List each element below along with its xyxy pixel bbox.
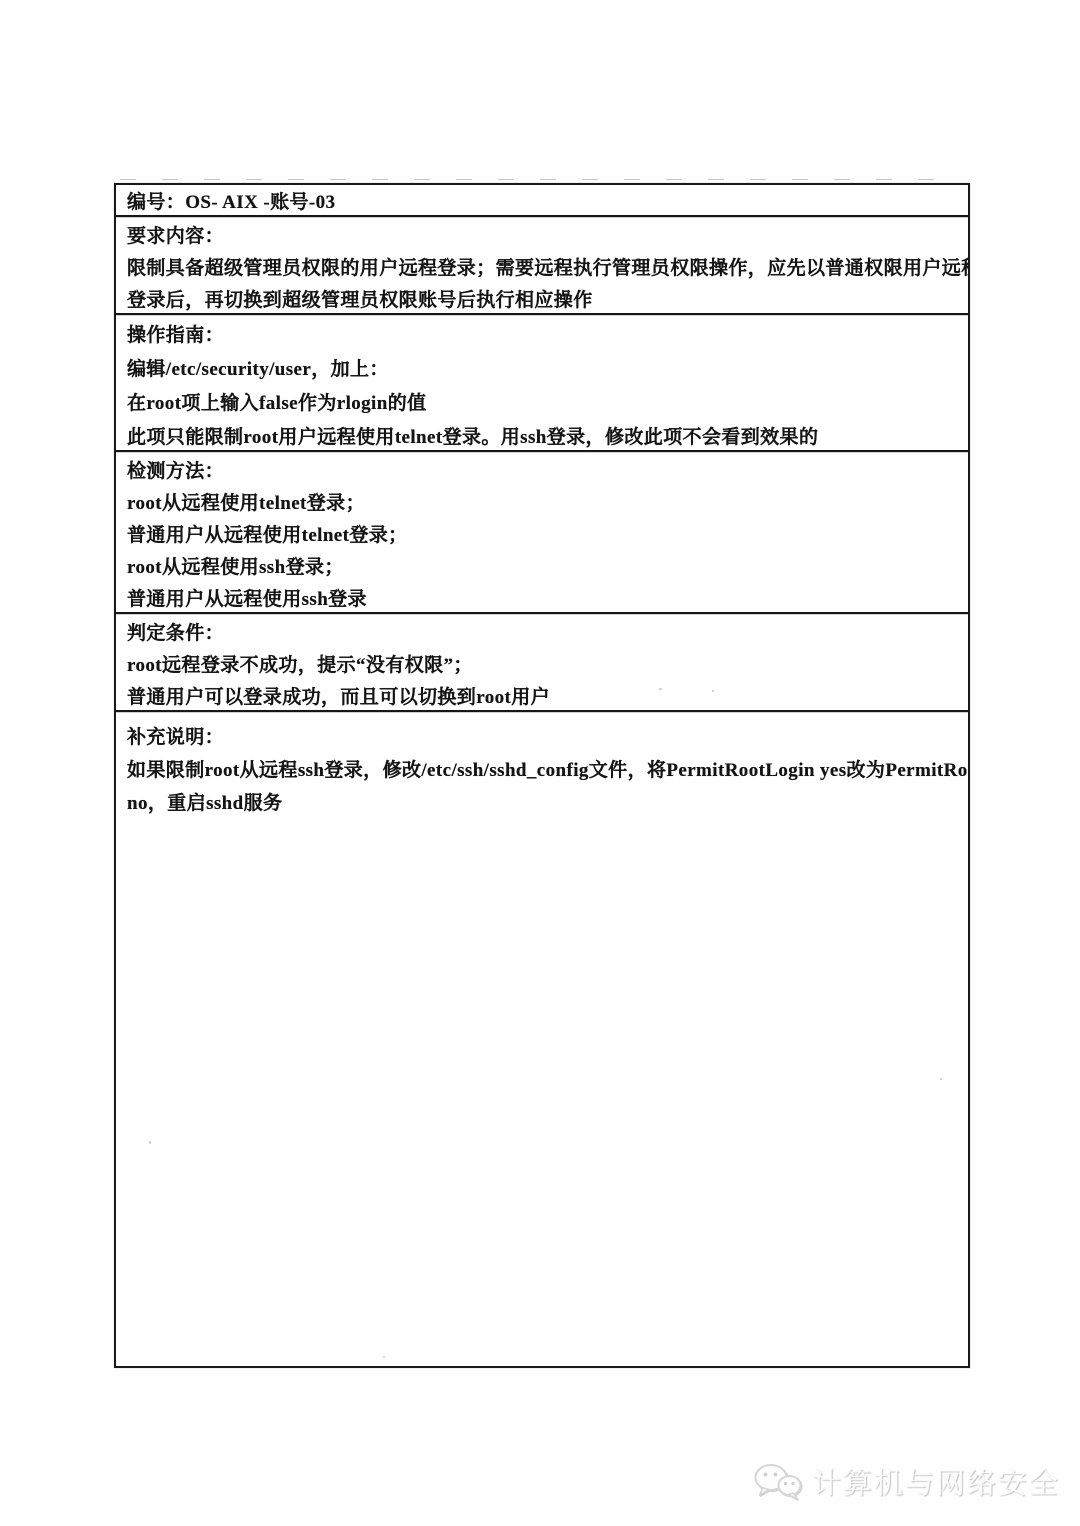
detection-method-line: 普通用户从远程使用ssh登录	[116, 581, 968, 613]
table-row-requirement: 要求内容： 限制具备超级管理员权限的用户远程登录；需要远程执行管理员权限操作，应…	[116, 217, 968, 315]
judgment-condition-title: 判定条件：	[116, 615, 968, 647]
requirement-title: 要求内容：	[116, 218, 968, 250]
requirement-line: 登录后，再切换到超级管理员权限账号后执行相应操作	[116, 282, 968, 314]
scan-speck	[659, 688, 662, 690]
detection-method-line: 普通用户从远程使用telnet登录；	[116, 517, 968, 549]
detection-method-line: root从远程使用ssh登录；	[116, 549, 968, 581]
doc-id-text: 编号：OS- AIX -账号-03	[116, 185, 968, 215]
operation-guide-line: 编辑/etc/security/user，加上：	[116, 350, 968, 384]
table-row-header: 编号：OS- AIX -账号-03	[116, 185, 968, 217]
table-row-judgment-condition: 判定条件： root远程登录不成功，提示“没有权限”； 普通用户可以登录成功，而…	[116, 614, 968, 712]
table-row-supplementary-note: 补充说明： 如果限制root从远程ssh登录，修改/etc/ssh/sshd_c…	[116, 712, 968, 1366]
table-row-operation-guide: 操作指南： 编辑/etc/security/user，加上： 在root项上输入…	[116, 315, 968, 452]
operation-guide-title: 操作指南：	[116, 316, 968, 350]
scan-speck	[940, 1078, 942, 1080]
operation-guide-line: 在root项上输入false作为rlogin的值	[116, 384, 968, 418]
footer-brand-text: 计算机与网络安全	[812, 1461, 1060, 1502]
supplementary-note-line: no，重启sshd服务	[116, 785, 968, 818]
footer-watermark: 计算机与网络安全	[752, 1461, 1060, 1502]
detection-method-line: root从远程使用telnet登录；	[116, 485, 968, 517]
judgment-condition-line: 普通用户可以登录成功，而且可以切换到root用户	[116, 679, 968, 711]
scan-speck	[383, 1356, 385, 1358]
judgment-condition-line: root远程登录不成功，提示“没有权限”；	[116, 647, 968, 679]
supplementary-note-title: 补充说明：	[116, 719, 968, 752]
wechat-icon	[752, 1462, 802, 1502]
scan-speck	[712, 690, 714, 692]
scan-speck	[149, 1141, 151, 1144]
requirement-line: 限制具备超级管理员权限的用户远程登录；需要远程执行管理员权限操作，应先以普通权限…	[116, 250, 968, 282]
operation-guide-line: 此项只能限制root用户远程使用telnet登录。用ssh登录，修改此项不会看到…	[116, 418, 968, 452]
supplementary-note-line: 如果限制root从远程ssh登录，修改/etc/ssh/sshd_config文…	[116, 752, 968, 785]
table-row-detection-method: 检测方法： root从远程使用telnet登录； 普通用户从远程使用telnet…	[116, 452, 968, 614]
security-baseline-table: 编号：OS- AIX -账号-03 要求内容： 限制具备超级管理员权限的用户远程…	[114, 183, 970, 1368]
scanned-document-page: 编号：OS- AIX -账号-03 要求内容： 限制具备超级管理员权限的用户远程…	[0, 0, 1080, 1526]
detection-method-title: 检测方法：	[116, 453, 968, 485]
